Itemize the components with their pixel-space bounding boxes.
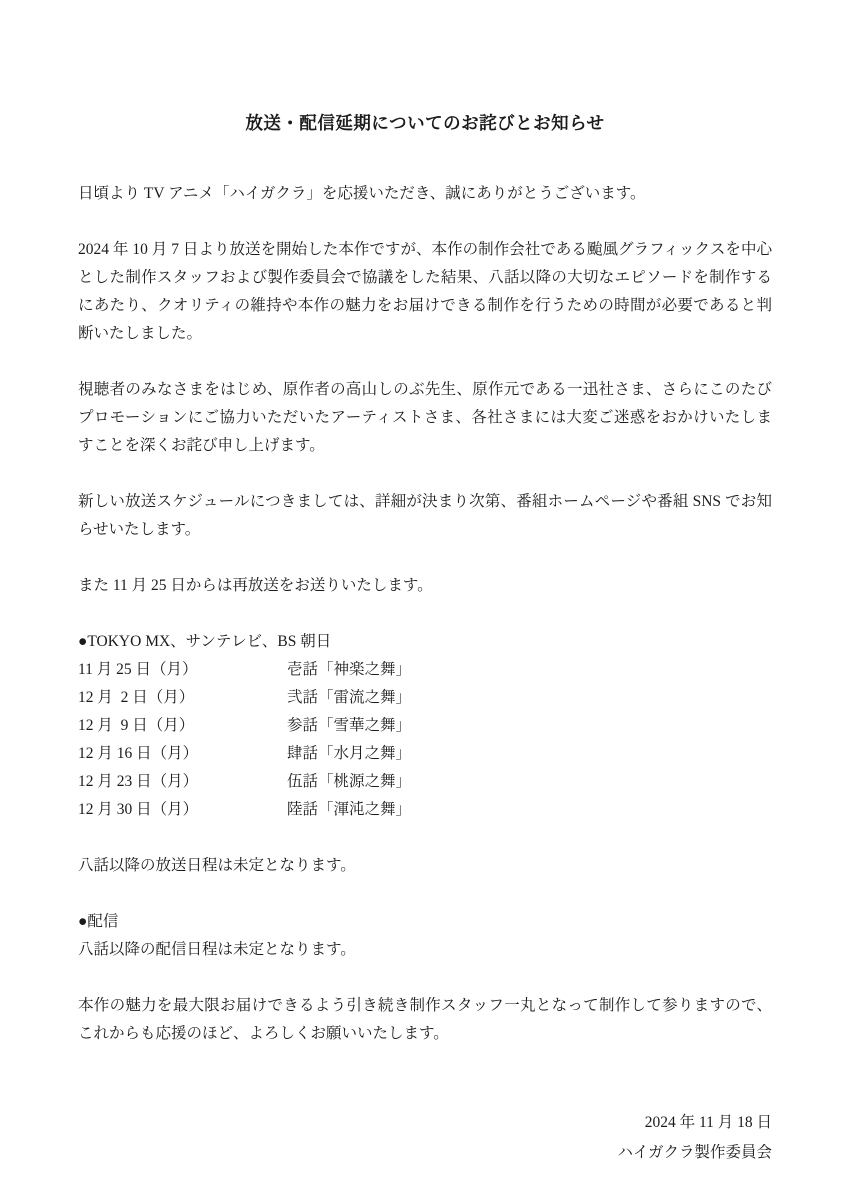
paragraph-delay-announcement: 2024 年 10 月 7 日より放送を開始した本作ですが、本作の制作会社である…: [78, 236, 772, 348]
paragraph-rebroadcast: また 11 月 25 日からは再放送をお送りいたします。: [78, 572, 772, 600]
schedule-date: 12 月 30 日（月）: [78, 796, 287, 824]
schedule-row: 12 月 16 日（月） 肆話「水月之舞」: [78, 740, 772, 768]
streaming-note: 八話以降の配信日程は未定となります。: [78, 936, 772, 964]
schedule-date: 12 月 9 日（月）: [78, 712, 287, 740]
signature-committee: ハイガクラ製作委員会: [78, 1138, 772, 1168]
paragraph-closing: 本作の魅力を最大限お届けできるよう引き続き制作スタッフ一丸となって制作して参りま…: [78, 992, 772, 1048]
schedule-episode-title: 陸話「渾沌之舞」: [287, 796, 411, 824]
paragraph-apology: 視聴者のみなさまをはじめ、原作者の高山しのぶ先生、原作元である一迅社さま、さらに…: [78, 376, 772, 460]
paragraph-greeting: 日頃より TV アニメ「ハイガクラ」を応援いただき、誠にありがとうございます。: [78, 180, 772, 208]
schedule-row: 12 月 9 日（月） 参話「雪華之舞」: [78, 712, 772, 740]
schedule-episode-title: 参話「雪華之舞」: [287, 712, 411, 740]
schedule-row: 12 月 23 日（月） 伍話「桃源之舞」: [78, 768, 772, 796]
schedule-date: 12 月 23 日（月）: [78, 768, 287, 796]
schedule-episode-title: 肆話「水月之舞」: [287, 740, 411, 768]
schedule-episode-title: 伍話「桃源之舞」: [287, 768, 411, 796]
schedule-date: 11 月 25 日（月）: [78, 656, 287, 684]
schedule-episode-title: 弐話「雷流之舞」: [287, 684, 411, 712]
signature-date: 2024 年 11 月 18 日: [78, 1108, 772, 1138]
schedule-date: 12 月 2 日（月）: [78, 684, 287, 712]
document-page: 放送・配信延期についてのお詫びとお知らせ 日頃より TV アニメ「ハイガクラ」を…: [0, 0, 849, 1200]
signature-block: 2024 年 11 月 18 日 ハイガクラ製作委員会: [78, 1108, 772, 1168]
paragraph-new-schedule: 新しい放送スケジュールにつきましては、詳細が決まり次第、番組ホームページや番組 …: [78, 488, 772, 544]
schedule-date: 12 月 16 日（月）: [78, 740, 287, 768]
streaming-section: ●配信 八話以降の配信日程は未定となります。: [78, 908, 772, 964]
schedule-row: 11 月 25 日（月） 壱話「神楽之舞」: [78, 656, 772, 684]
document-title: 放送・配信延期についてのお詫びとお知らせ: [78, 112, 772, 134]
broadcast-schedule-section: ●TOKYO MX、サンテレビ、BS 朝日 11 月 25 日（月） 壱話「神楽…: [78, 628, 772, 824]
schedule-row: 12 月 30 日（月） 陸話「渾沌之舞」: [78, 796, 772, 824]
schedule-episode-title: 壱話「神楽之舞」: [287, 656, 411, 684]
broadcast-channels-header: ●TOKYO MX、サンテレビ、BS 朝日: [78, 628, 772, 656]
broadcast-note: 八話以降の放送日程は未定となります。: [78, 852, 772, 880]
schedule-row: 12 月 2 日（月） 弐話「雷流之舞」: [78, 684, 772, 712]
streaming-section-header: ●配信: [78, 908, 772, 936]
